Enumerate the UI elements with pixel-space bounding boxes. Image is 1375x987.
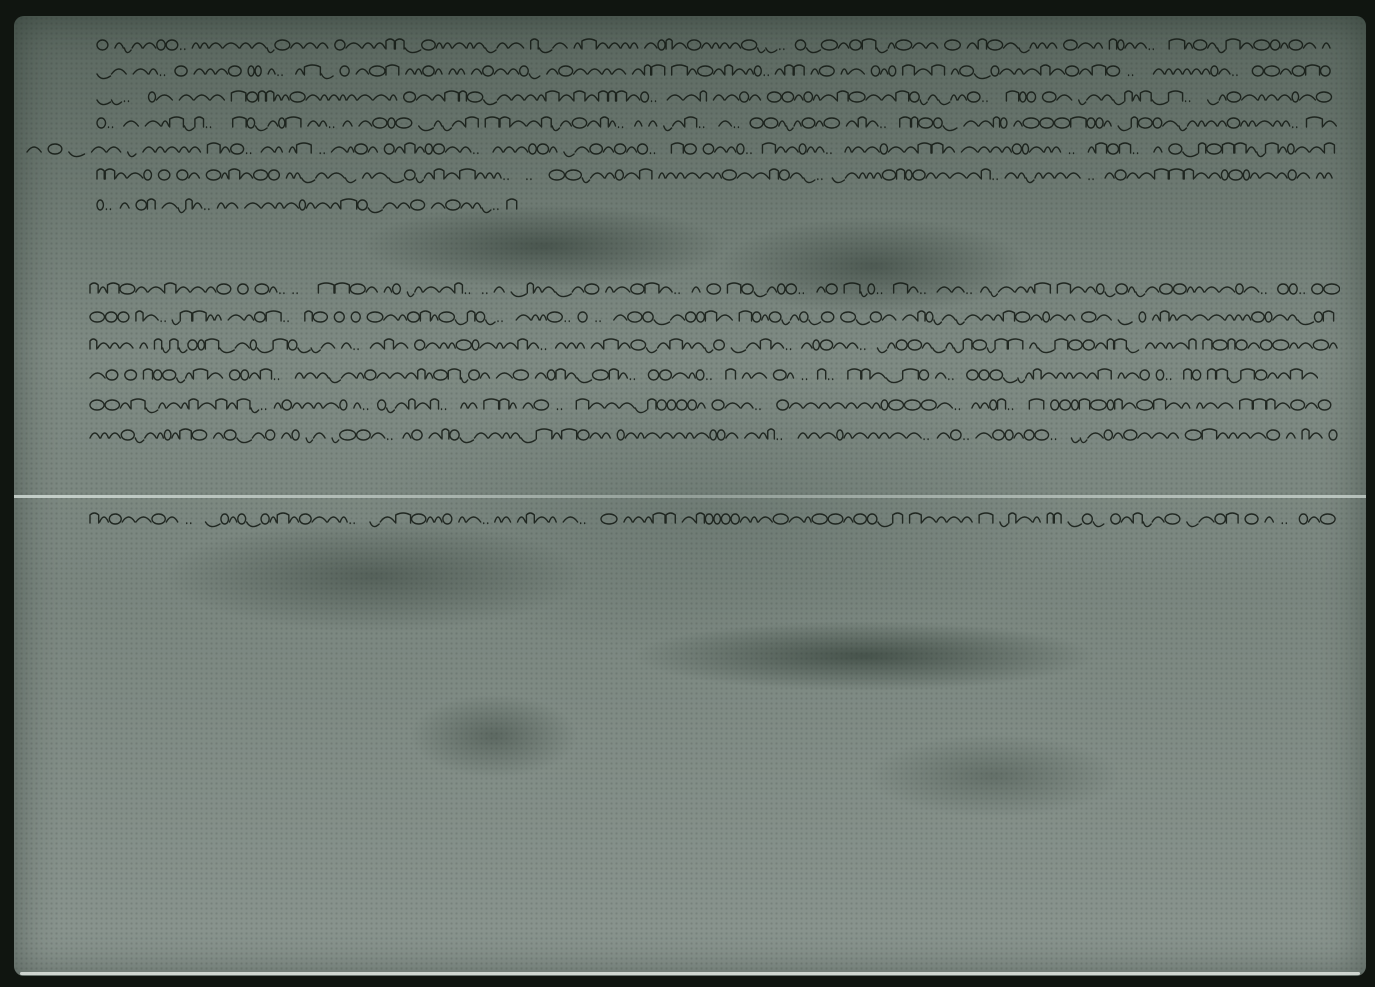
sheet-bottom-edge [20,972,1360,975]
handwritten-line [95,60,1340,82]
handwritten-line [95,194,525,216]
handwritten-line [95,34,1340,56]
handwritten-line [95,112,1340,134]
handwritten-line [95,164,1340,186]
handwritten-line [25,138,1340,160]
handwritten-line [88,424,1340,446]
handwritten-line [88,364,1318,386]
handwritten-line [88,278,1340,300]
handwritten-line [88,394,1340,416]
handwritten-line [88,306,1340,328]
handwritten-line [88,334,1340,356]
handwritten-line [95,86,1340,108]
handwritten-line [88,508,1340,530]
paper-fold-crease [14,495,1366,498]
